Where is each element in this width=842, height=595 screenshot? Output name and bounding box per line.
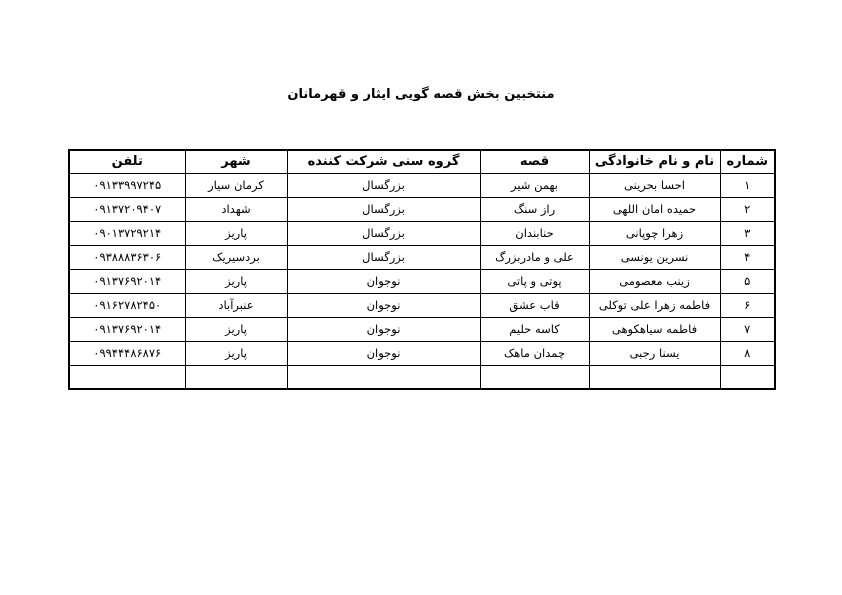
table-cell: ۸: [720, 341, 775, 365]
table-cell: نوجوان: [287, 317, 480, 341]
table-cell: نوجوان: [287, 341, 480, 365]
header-cell: شهر: [185, 150, 287, 173]
table-cell: کاسه حلیم: [480, 317, 589, 341]
table-cell: قاب عشق: [480, 293, 589, 317]
table-cell: ۰۹۱۳۷۶۹۲۰۱۴: [69, 269, 185, 293]
table-cell: ۷: [720, 317, 775, 341]
table-cell: [480, 365, 589, 389]
table-cell: حمیده امان اللهی: [589, 197, 720, 221]
table-cell: بزرگسال: [287, 197, 480, 221]
table-cell: پاریز: [185, 341, 287, 365]
table-cell: [720, 365, 775, 389]
table-cell: پوتی و پاتی: [480, 269, 589, 293]
table-cell: ۰۹۱۳۳۹۹۷۲۴۵: [69, 173, 185, 197]
table-row: ۷فاطمه سیاهکوهیکاسه حلیمنوجوانپاریز۰۹۱۳۷…: [69, 317, 775, 341]
page-title: منتخبین بخش قصه گویی ایثار و قهرمانان: [0, 87, 842, 102]
table-cell: حنابندان: [480, 221, 589, 245]
table-cell: ۰۹۱۶۲۷۸۲۴۵۰: [69, 293, 185, 317]
table-cell: بهمن شیر: [480, 173, 589, 197]
table-cell: ۴: [720, 245, 775, 269]
table-cell: پاریز: [185, 269, 287, 293]
table-row: ۸یسنا رجبیچمدان ماهکنوجوانپاریز۰۹۹۴۴۴۸۶۸…: [69, 341, 775, 365]
table-cell: بزرگسال: [287, 221, 480, 245]
header-cell: نام و نام خانوادگی: [589, 150, 720, 173]
table-cell: فاطمه زهرا علی توکلی: [589, 293, 720, 317]
header-cell: گروه سنی شرکت کننده: [287, 150, 480, 173]
table-row: ۱احسا بحرینیبهمن شیربزرگسالکرمان سیار۰۹۱…: [69, 173, 775, 197]
table-cell: ۵: [720, 269, 775, 293]
table-cell: ۱: [720, 173, 775, 197]
header-cell: تلفن: [69, 150, 185, 173]
document-page: منتخبین بخش قصه گویی ایثار و قهرمانان شم…: [0, 0, 842, 595]
table-cell: [589, 365, 720, 389]
table-cell: [287, 365, 480, 389]
table-cell: بردسیریک: [185, 245, 287, 269]
table-cell: عنبرآباد: [185, 293, 287, 317]
table-cell: یسنا رجبی: [589, 341, 720, 365]
table-cell: پاریز: [185, 221, 287, 245]
table-cell: زهرا چوپانی: [589, 221, 720, 245]
table-cell: ۰۹۱۳۷۲۰۹۴۰۷: [69, 197, 185, 221]
table-cell: پاریز: [185, 317, 287, 341]
table-cell: ۲: [720, 197, 775, 221]
header-cell: قصه: [480, 150, 589, 173]
table-row: ۳زهرا چوپانیحنابندانبزرگسالپاریز۰۹۰۱۳۷۲۹…: [69, 221, 775, 245]
winners-table: شمارهنام و نام خانوادگیقصهگروه سنی شرکت …: [68, 149, 776, 390]
table-row: ۴نسرین یونسیعلی و مادربزرگبزرگسالبردسیری…: [69, 245, 775, 269]
table-header-row: شمارهنام و نام خانوادگیقصهگروه سنی شرکت …: [69, 150, 775, 173]
table-cell: ۰۹۳۸۸۸۳۶۳۰۶: [69, 245, 185, 269]
table-cell: ۶: [720, 293, 775, 317]
table-cell: ۰۹۹۴۴۴۸۶۸۷۶: [69, 341, 185, 365]
table-cell: علی و مادربزرگ: [480, 245, 589, 269]
table-body: ۱احسا بحرینیبهمن شیربزرگسالکرمان سیار۰۹۱…: [69, 173, 775, 389]
header-cell: شماره: [720, 150, 775, 173]
table-cell: زینب معصومی: [589, 269, 720, 293]
table-row: [69, 365, 775, 389]
table-cell: چمدان ماهک: [480, 341, 589, 365]
table-cell: [185, 365, 287, 389]
table-cell: نوجوان: [287, 293, 480, 317]
table-cell: راز سنگ: [480, 197, 589, 221]
table-cell: کرمان سیار: [185, 173, 287, 197]
table-cell: احسا بحرینی: [589, 173, 720, 197]
table-cell: [69, 365, 185, 389]
table-cell: شهداد: [185, 197, 287, 221]
table-cell: نسرین یونسی: [589, 245, 720, 269]
table-cell: فاطمه سیاهکوهی: [589, 317, 720, 341]
table-cell: ۰۹۱۳۷۶۹۲۰۱۴: [69, 317, 185, 341]
table-row: ۶فاطمه زهرا علی توکلیقاب عشقنوجوانعنبرآب…: [69, 293, 775, 317]
table-cell: بزرگسال: [287, 173, 480, 197]
table-cell: نوجوان: [287, 269, 480, 293]
table-row: ۵زینب معصومیپوتی و پاتینوجوانپاریز۰۹۱۳۷۶…: [69, 269, 775, 293]
winners-table-container: شمارهنام و نام خانوادگیقصهگروه سنی شرکت …: [68, 149, 776, 390]
table-cell: ۰۹۰۱۳۷۲۹۲۱۴: [69, 221, 185, 245]
table-cell: ۳: [720, 221, 775, 245]
table-cell: بزرگسال: [287, 245, 480, 269]
table-row: ۲حمیده امان اللهیراز سنگبزرگسالشهداد۰۹۱۳…: [69, 197, 775, 221]
